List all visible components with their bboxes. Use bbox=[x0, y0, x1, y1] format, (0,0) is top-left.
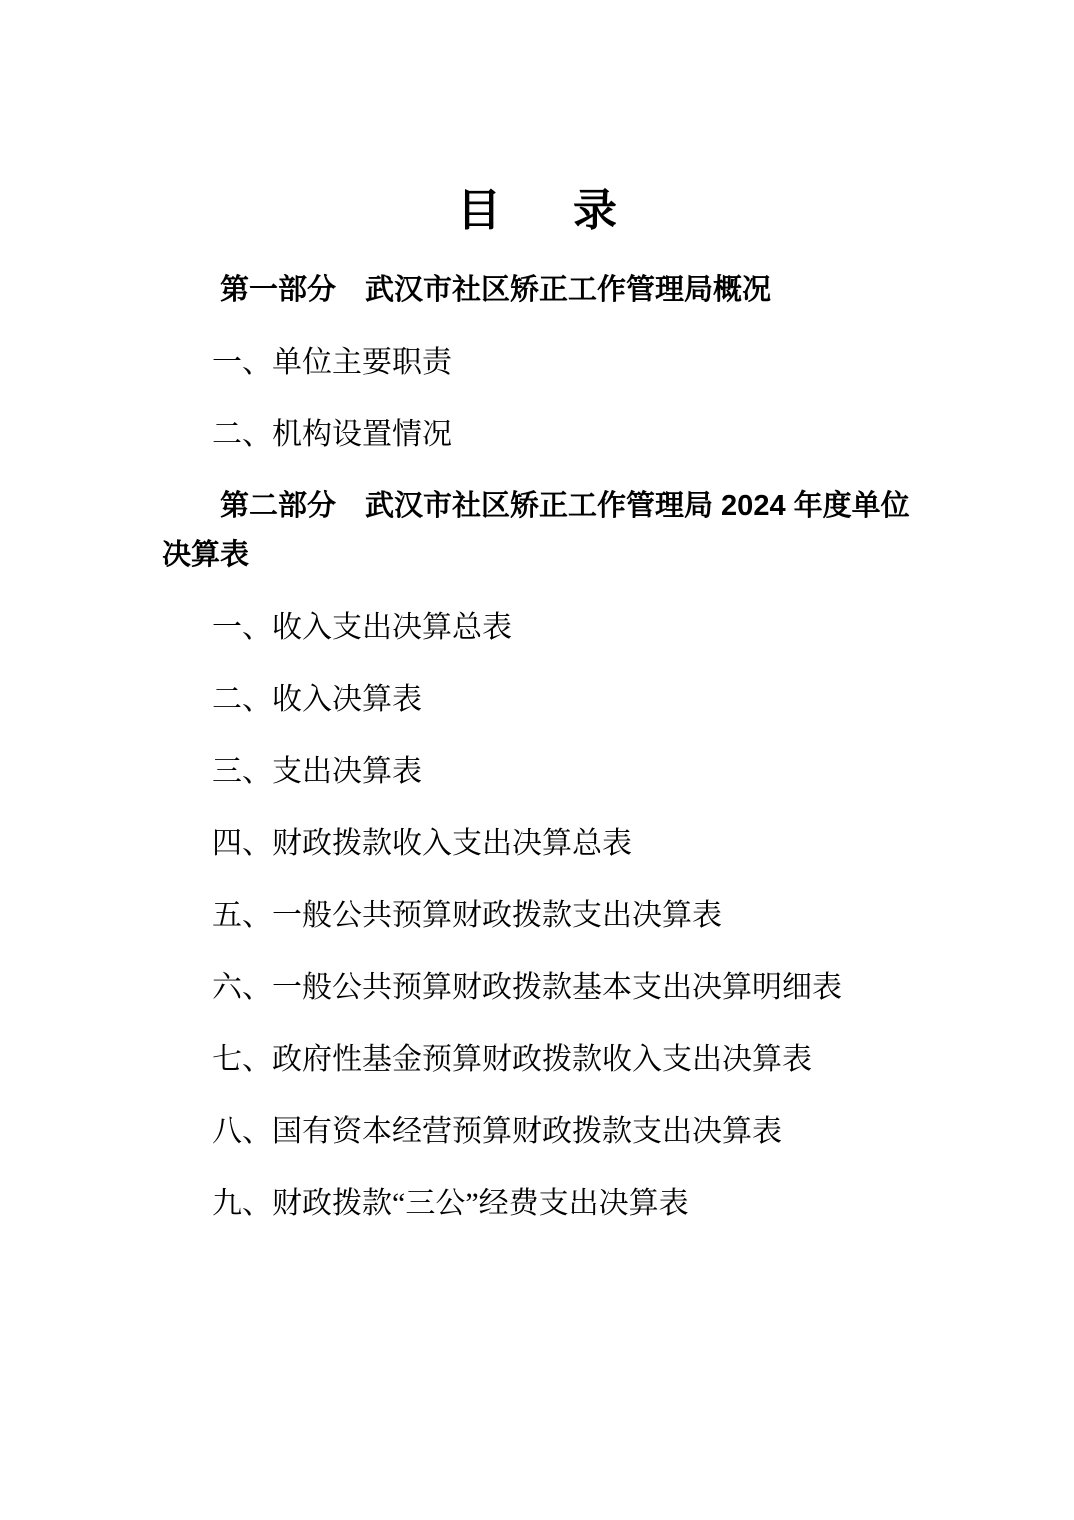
toc-item-part2-6: 六、一般公共预算财政拨款基本支出决算明细表 bbox=[162, 963, 974, 1012]
section-heading-part2-line2: 决算表 bbox=[162, 531, 934, 580]
page-title-char-left: 目 bbox=[457, 181, 501, 241]
document-page: 目 录 第一部分 武汉市社区矫正工作管理局概况 一、单位主要职责 二、机构设置情… bbox=[0, 0, 1074, 1520]
toc-item-part2-1: 一、收入支出决算总表 bbox=[162, 603, 974, 652]
toc-item-part1-1: 一、单位主要职责 bbox=[162, 338, 974, 387]
toc-item-part2-4: 四、财政拨款收入支出决算总表 bbox=[162, 819, 974, 868]
section-heading-part2-line1: 第二部分 武汉市社区矫正工作管理局 2024 年度单位 bbox=[162, 482, 934, 531]
section-heading-part2: 第二部分 武汉市社区矫正工作管理局 2024 年度单位 决算表 bbox=[162, 482, 934, 580]
toc-item-part2-2: 二、收入决算表 bbox=[162, 675, 974, 724]
toc-item-part2-9: 九、财政拨款“三公”经费支出决算表 bbox=[162, 1179, 974, 1228]
toc-item-part2-5: 五、一般公共预算财政拨款支出决算表 bbox=[162, 891, 974, 940]
page-title: 目 录 bbox=[0, 181, 1074, 241]
toc-item-part2-7: 七、政府性基金预算财政拨款收入支出决算表 bbox=[162, 1035, 974, 1084]
section-heading-part1: 第一部分 武汉市社区矫正工作管理局概况 bbox=[162, 266, 934, 315]
page-title-char-right: 录 bbox=[573, 181, 617, 241]
toc-item-part1-2: 二、机构设置情况 bbox=[162, 410, 974, 459]
toc-item-part2-3: 三、支出决算表 bbox=[162, 747, 974, 796]
toc-item-part2-8: 八、国有资本经营预算财政拨款支出决算表 bbox=[162, 1107, 974, 1156]
